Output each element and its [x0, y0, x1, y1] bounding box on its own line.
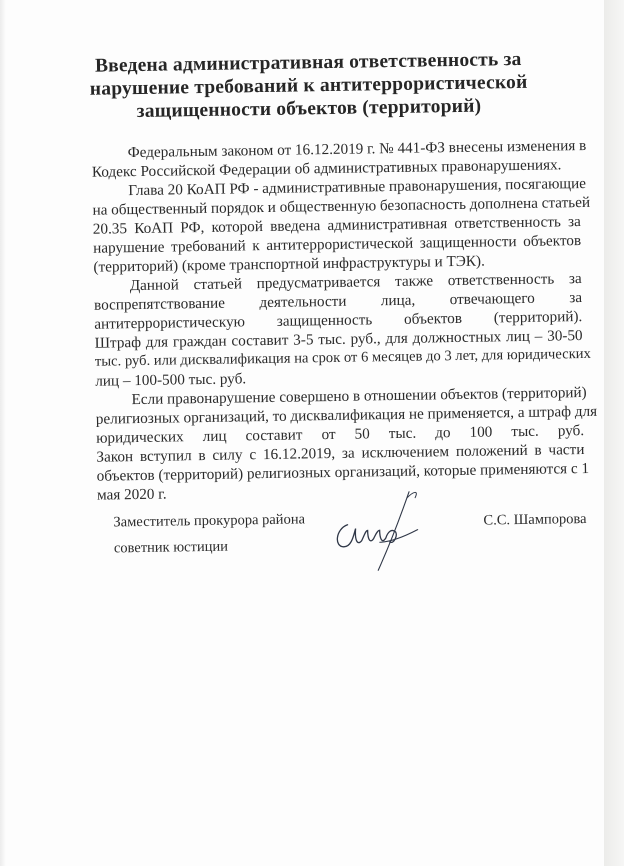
document-body: Введена административная ответственность… [0, 0, 624, 866]
paragraph-4-line-6: мая 2020 г. [97, 486, 167, 505]
paragraph-3-line-6: лиц – 100-500 тыс. руб. [95, 370, 246, 390]
handwritten-signature-icon [321, 483, 432, 575]
signatory-rank: советник юстиции [114, 539, 228, 558]
signatory-position: Заместитель прокурора района [113, 511, 305, 531]
signatory-name: С.С. Шампорова [483, 511, 586, 530]
